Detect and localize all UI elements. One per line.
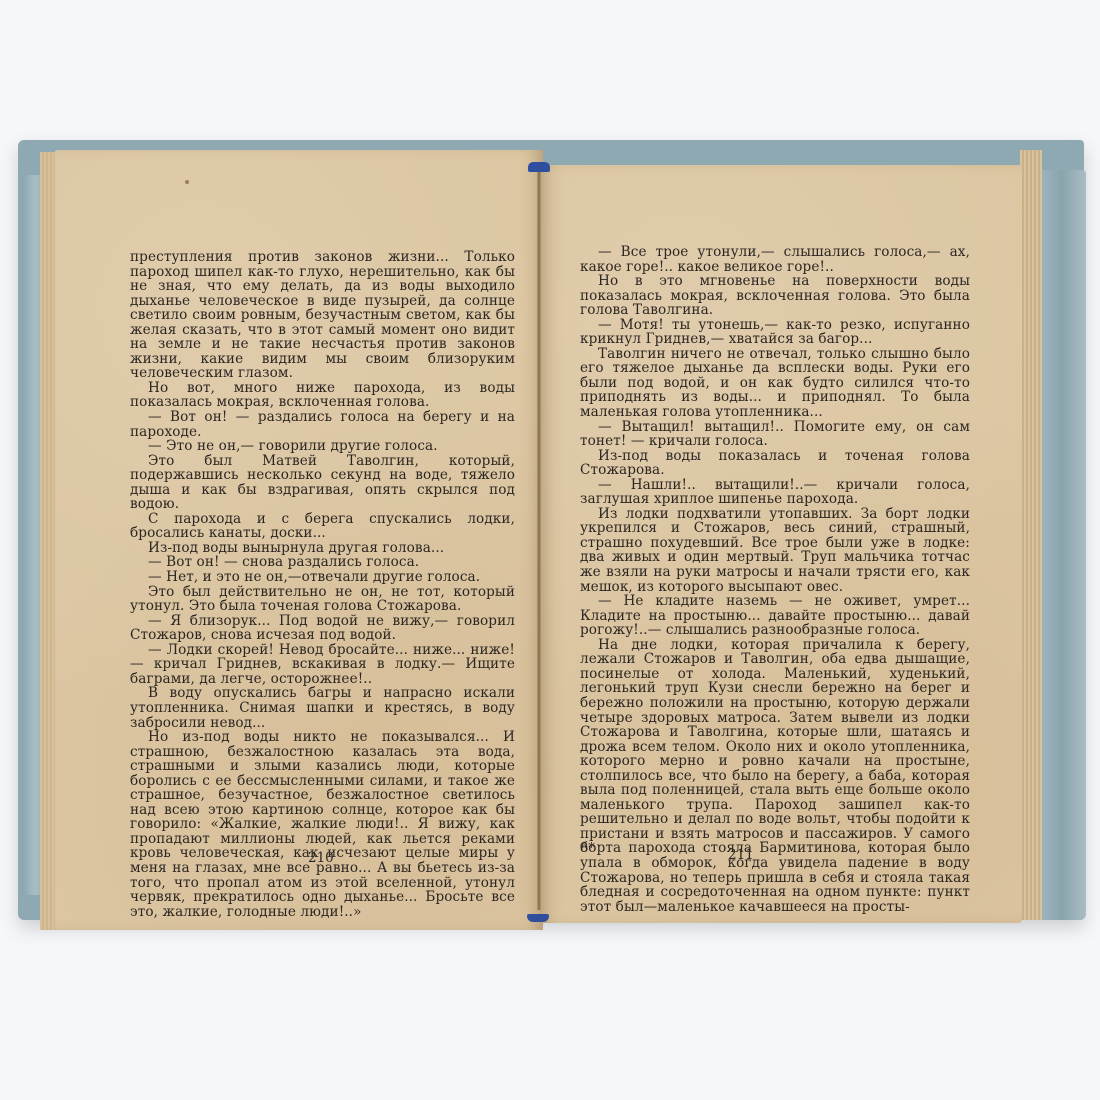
paragraph: Из-под воды показалась и точеная голова … — [580, 449, 970, 478]
paragraph: С парохода и с берега спускались лодки, … — [130, 512, 515, 541]
right-page-text: — Все трое утонули,— слышались голоса,— … — [580, 245, 970, 914]
paragraph: — Все трое утонули,— слышались голоса,— … — [580, 245, 970, 274]
left-page: преступления против законов жизни... Тол… — [55, 150, 543, 930]
headband-top — [528, 162, 550, 172]
paragraph: Но в это мгновенье на поверхности воды п… — [580, 274, 970, 318]
paragraph: Из лодки подхватили утопавших. За борт л… — [580, 507, 970, 594]
paragraph: — Вытащил! вытащил!.. Помогите ему, он с… — [580, 420, 970, 449]
book-photo: преступления против законов жизни... Тол… — [0, 0, 1100, 1100]
paragraph: В воду опускались багры и напрасно искал… — [130, 686, 515, 730]
paragraph: — Мотя! ты утонешь,— как-то резко, испуг… — [580, 318, 970, 347]
paragraph: — Лодки скорей! Невод бросайте... ниже..… — [130, 643, 515, 687]
right-page: — Все трое утонули,— слышались голоса,— … — [540, 165, 1022, 923]
paragraph: Но из-под воды никто не показывался... И… — [130, 730, 515, 919]
headband-bottom — [527, 914, 549, 922]
paragraph: — Не кладите наземь — не оживет, умрет..… — [580, 594, 970, 638]
paragraph: — Это не он,— говорили другие голоса. — [130, 439, 515, 454]
signature-mark: 8* — [580, 841, 595, 856]
page-number: 210 — [308, 850, 334, 866]
cover-edge-right — [1038, 170, 1086, 920]
paragraph: Из-под воды вынырнула другая голова... — [130, 541, 515, 556]
paragraph: преступления против законов жизни... Тол… — [130, 250, 515, 381]
left-page-text: преступления против законов жизни... Тол… — [130, 250, 515, 919]
paragraph: Это был Матвей Таволгин, который, подерж… — [130, 454, 515, 512]
paragraph: — Вот он! — снова раздались голоса. — [130, 555, 515, 570]
paragraph: Это был действительно не он, не тот, кот… — [130, 585, 515, 614]
paragraph: — Нет, и это не он,—отвечали другие голо… — [130, 570, 515, 585]
paragraph: — Я близорук... Под водой не вижу,— гово… — [130, 614, 515, 643]
paragraph: — Вот он! — раздались голоса на берегу и… — [130, 410, 515, 439]
paragraph: Но вот, много ниже парохода, из воды пок… — [130, 381, 515, 410]
book-gutter — [537, 165, 541, 910]
page-stack-right — [1020, 150, 1042, 920]
paper-speck — [185, 180, 189, 184]
paragraph: На дне лодки, которая причалила к берегу… — [580, 638, 970, 914]
paragraph: Таволгин ничего не отвечал, только слышн… — [580, 347, 970, 420]
paragraph: — Нашли!.. вытащили!..— кричали голоса, … — [580, 478, 970, 507]
page-number: 211 — [728, 847, 754, 863]
